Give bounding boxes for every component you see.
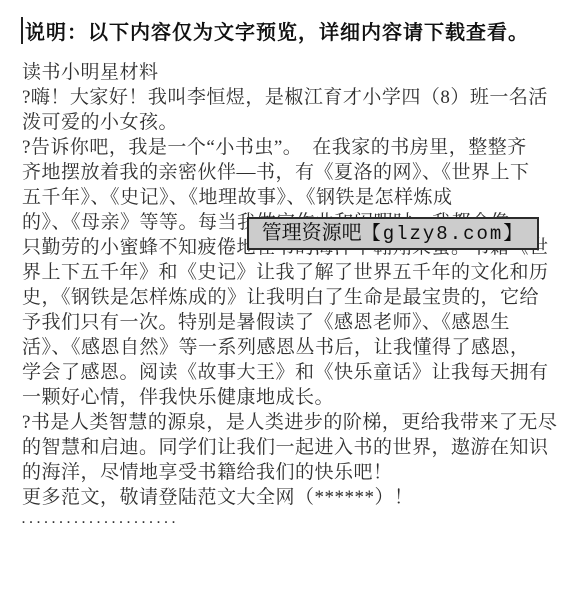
document-line: 更多范文，敬请登陆范文大全网（******）！	[22, 485, 570, 510]
preview-notice: 说明：以下内容仅为文字预览，详细内容请下载查看。	[25, 16, 529, 45]
document-line: 泼可爱的小女孩。	[22, 110, 570, 135]
text-cursor	[21, 17, 23, 44]
document-line: ?告诉你吧，我是一个“小书虫”。 在我家的书房里，整整齐	[22, 135, 570, 160]
document-line: 活》、《感恩自然》等一系列感恩丛书后，让我懂得了感恩，	[22, 335, 570, 360]
document-line: 史，《钢铁是怎样炼成的》让我明白了生命是最宝贵的，它给	[22, 285, 570, 310]
document-line: 学会了感恩。阅读《故事大王》和《快乐童话》让我每天拥有	[22, 360, 570, 385]
watermark-site-name: 管理资源吧	[262, 222, 362, 244]
document-line: 界上下五千年》和《史记》让我了解了世界五千年的文化和历	[22, 260, 570, 285]
document-body: 读书小明星材料 ?嗨！大家好！我叫李恒煜，是椒江育才小学四（8）班一名活 泼可爱…	[22, 60, 570, 526]
watermark-stamp: 管理资源吧【glzy8.com】	[247, 217, 539, 250]
document-line: 的智慧和启迪。同学们让我们一起进入书的世界，遨游在知识	[22, 435, 570, 460]
watermark-domain: 【glzy8.com】	[362, 223, 525, 245]
ellipsis-line: .....................	[22, 512, 570, 526]
document-line: 的海洋，尽情地享受书籍给我们的快乐吧！	[22, 460, 570, 485]
document-line: 一颗好心情，伴我快乐健康地成长。	[22, 385, 570, 410]
document-line: 五千年》、《史记》、《地理故事》、《钢铁是怎样炼成	[22, 185, 570, 210]
document-title: 读书小明星材料	[22, 60, 570, 85]
document-line: 予我们只有一次。特别是暑假读了《感恩老师》、《感恩生	[22, 310, 570, 335]
document-line: ?嗨！大家好！我叫李恒煜，是椒江育才小学四（8）班一名活	[22, 85, 570, 110]
preview-page: 说明：以下内容仅为文字预览，详细内容请下载查看。 读书小明星材料 ?嗨！大家好！…	[0, 0, 578, 600]
document-line: ?书是人类智慧的源泉，是人类进步的阶梯，更给我带来了无尽	[22, 410, 570, 435]
document-line: 齐地摆放着我的亲密伙伴—书，有《夏洛的网》、《世界上下	[22, 160, 570, 185]
